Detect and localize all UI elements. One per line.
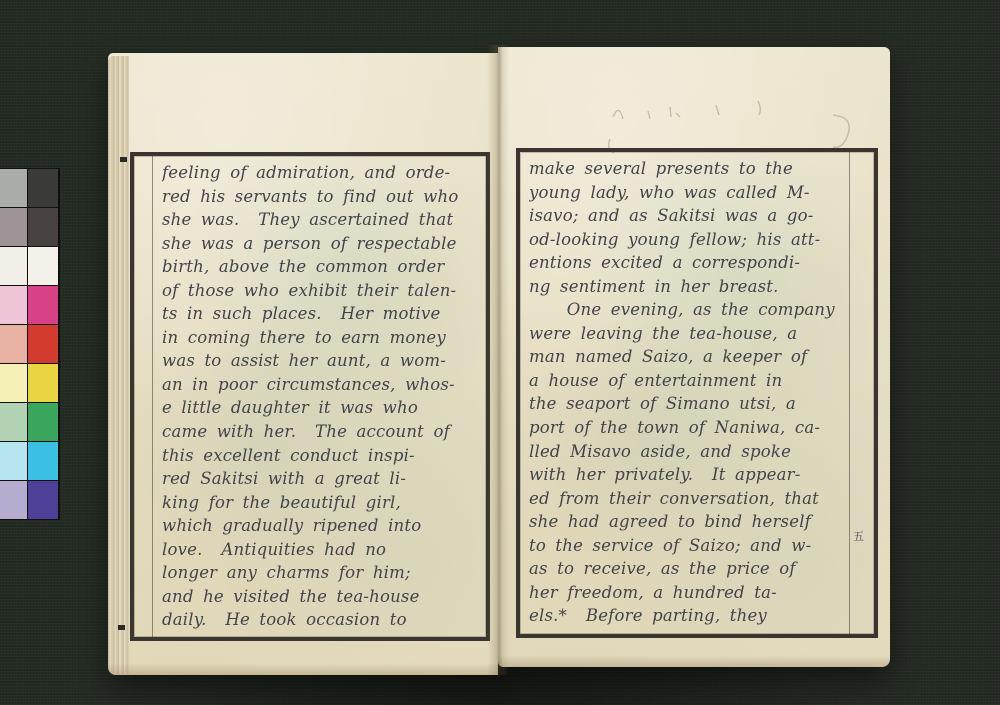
manuscript-line: was to assist her aunt, a wom-: [162, 349, 481, 373]
color-swatch: [28, 247, 58, 285]
color-swatch: [0, 364, 27, 402]
manuscript-line: she was. They ascertained that: [162, 208, 481, 232]
manuscript-line: of those who exhibit their talen-: [162, 279, 481, 303]
manuscript-line: birth, above the common order: [162, 255, 481, 279]
manuscript-line: with her privately. It appear-: [529, 463, 844, 487]
color-swatch: [28, 403, 58, 441]
manuscript-line: els.* Before parting, they: [529, 604, 844, 628]
color-swatch: [0, 325, 27, 363]
margin-page-number: 五: [853, 528, 869, 544]
manuscript-line: e little daughter it was who: [162, 396, 481, 420]
manuscript-line: ng sentiment in her breast.: [529, 275, 844, 299]
margin-rule: [152, 156, 153, 637]
color-swatch: [0, 442, 27, 480]
left-text-frame: feeling of admiration, and orde-red his …: [130, 152, 490, 641]
manuscript-line: man named Saizo, a keeper of: [529, 345, 844, 369]
manuscript-line: ed from their conversation, that: [529, 487, 844, 511]
color-swatch: [0, 286, 27, 324]
manuscript-line: isavo; and as Sakitsi was a go-: [529, 204, 844, 228]
manuscript-line: an in poor circumstances, whos-: [162, 373, 481, 397]
color-swatch: [28, 325, 58, 363]
left-page-stacked-edges: [108, 56, 129, 674]
manuscript-line: ts in such places. Her motive: [162, 302, 481, 326]
manuscript-line: king for the beautiful girl,: [162, 491, 481, 515]
manuscript-line: were leaving the tea-house, a: [529, 322, 844, 346]
left-page-text: feeling of admiration, and orde-red his …: [162, 161, 481, 634]
manuscript-line: One evening, as the company: [529, 298, 844, 322]
color-swatch: [28, 364, 58, 402]
manuscript-line: daily. He took occasion to: [162, 608, 481, 632]
left-page: feeling of admiration, and orde-red his …: [108, 53, 498, 675]
frame-corner-mark: [120, 157, 127, 162]
open-book: feeling of admiration, and orde-red his …: [105, 45, 890, 675]
manuscript-line: red Sakitsi with a great li-: [162, 467, 481, 491]
manuscript-line: make several presents to the: [529, 157, 844, 181]
color-swatch: [0, 247, 27, 285]
manuscript-line: came with her. The account of: [162, 420, 481, 444]
color-swatch: [28, 481, 58, 519]
manuscript-line: her freedom, a hundred ta-: [529, 581, 844, 605]
pencil-marks: [608, 87, 878, 157]
right-page: make several presents to theyoung lady, …: [498, 47, 890, 667]
color-swatch: [28, 442, 58, 480]
photograph-scene: feeling of admiration, and orde-red his …: [0, 0, 1000, 705]
color-calibration-chart: [0, 168, 60, 520]
color-swatch: [0, 403, 27, 441]
manuscript-line: red his servants to find out who: [162, 185, 481, 209]
manuscript-line: to the service of Saizo; and w-: [529, 534, 844, 558]
frame-corner-mark: [118, 625, 125, 630]
manuscript-line: port of the town of Naniwa, ca-: [529, 416, 844, 440]
manuscript-line: lled Misavo aside, and spoke: [529, 440, 844, 464]
book-gutter: [487, 45, 509, 675]
manuscript-line: a house of entertainment in: [529, 369, 844, 393]
manuscript-line: which gradually ripened into: [162, 514, 481, 538]
manuscript-line: she had agreed to bind herself: [529, 510, 844, 534]
color-swatch: [0, 169, 27, 207]
manuscript-line: od-looking young fellow; his att-: [529, 228, 844, 252]
manuscript-line: feeling of admiration, and orde-: [162, 161, 481, 185]
manuscript-line: longer any charms for him;: [162, 561, 481, 585]
margin-rule: [849, 152, 850, 634]
manuscript-line: love. Antiquities had no: [162, 538, 481, 562]
manuscript-line: in coming there to earn money: [162, 326, 481, 350]
color-swatch: [28, 208, 58, 246]
color-swatch: [0, 481, 27, 519]
manuscript-line: this excellent conduct inspi-: [162, 444, 481, 468]
manuscript-line: the seaport of Simano utsi, a: [529, 392, 844, 416]
color-swatch: [28, 286, 58, 324]
right-page-text: make several presents to theyoung lady, …: [529, 157, 844, 631]
color-swatch: [0, 208, 27, 246]
manuscript-line: young lady, who was called M-: [529, 181, 844, 205]
manuscript-line: and he visited the tea-house: [162, 585, 481, 609]
right-text-frame: make several presents to theyoung lady, …: [516, 148, 878, 638]
manuscript-line: she was a person of respectable: [162, 232, 481, 256]
manuscript-line: entions excited a correspondi-: [529, 251, 844, 275]
manuscript-line: as to receive, as the price of: [529, 557, 844, 581]
color-swatch: [28, 169, 58, 207]
